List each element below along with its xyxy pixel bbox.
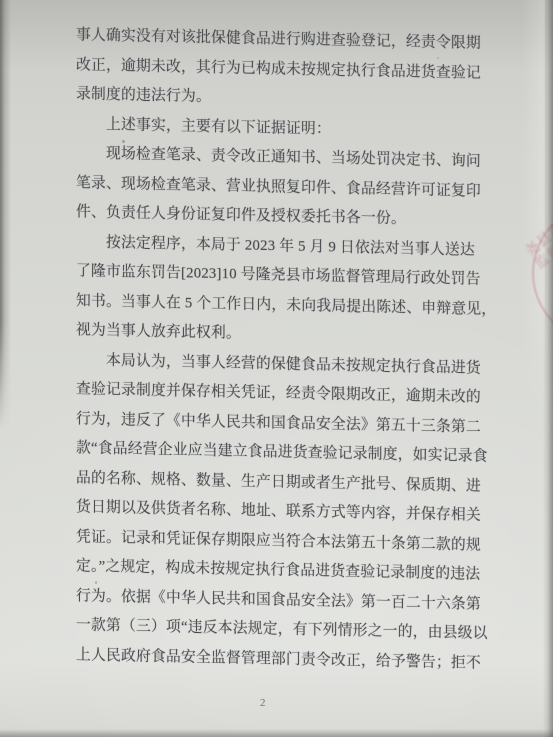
dust-speck bbox=[95, 581, 97, 584]
paper-edge-shadow-bottom bbox=[0, 729, 553, 737]
paper-edge-shadow-left bbox=[0, 0, 11, 430]
page-number: 2 bbox=[260, 697, 266, 709]
dust-speck bbox=[373, 633, 375, 635]
document-text-block: 事人确实没有对该批保健食品进行购进查验登记，经责令限期 改正，逾期未改，其行为已… bbox=[76, 21, 496, 737]
dust-speck bbox=[156, 367, 158, 369]
dust-speck bbox=[437, 57, 439, 59]
underlying-sheet-edge bbox=[521, 0, 545, 420]
paper-edge-shadow-right bbox=[543, 0, 553, 737]
dust-speck bbox=[122, 140, 125, 143]
